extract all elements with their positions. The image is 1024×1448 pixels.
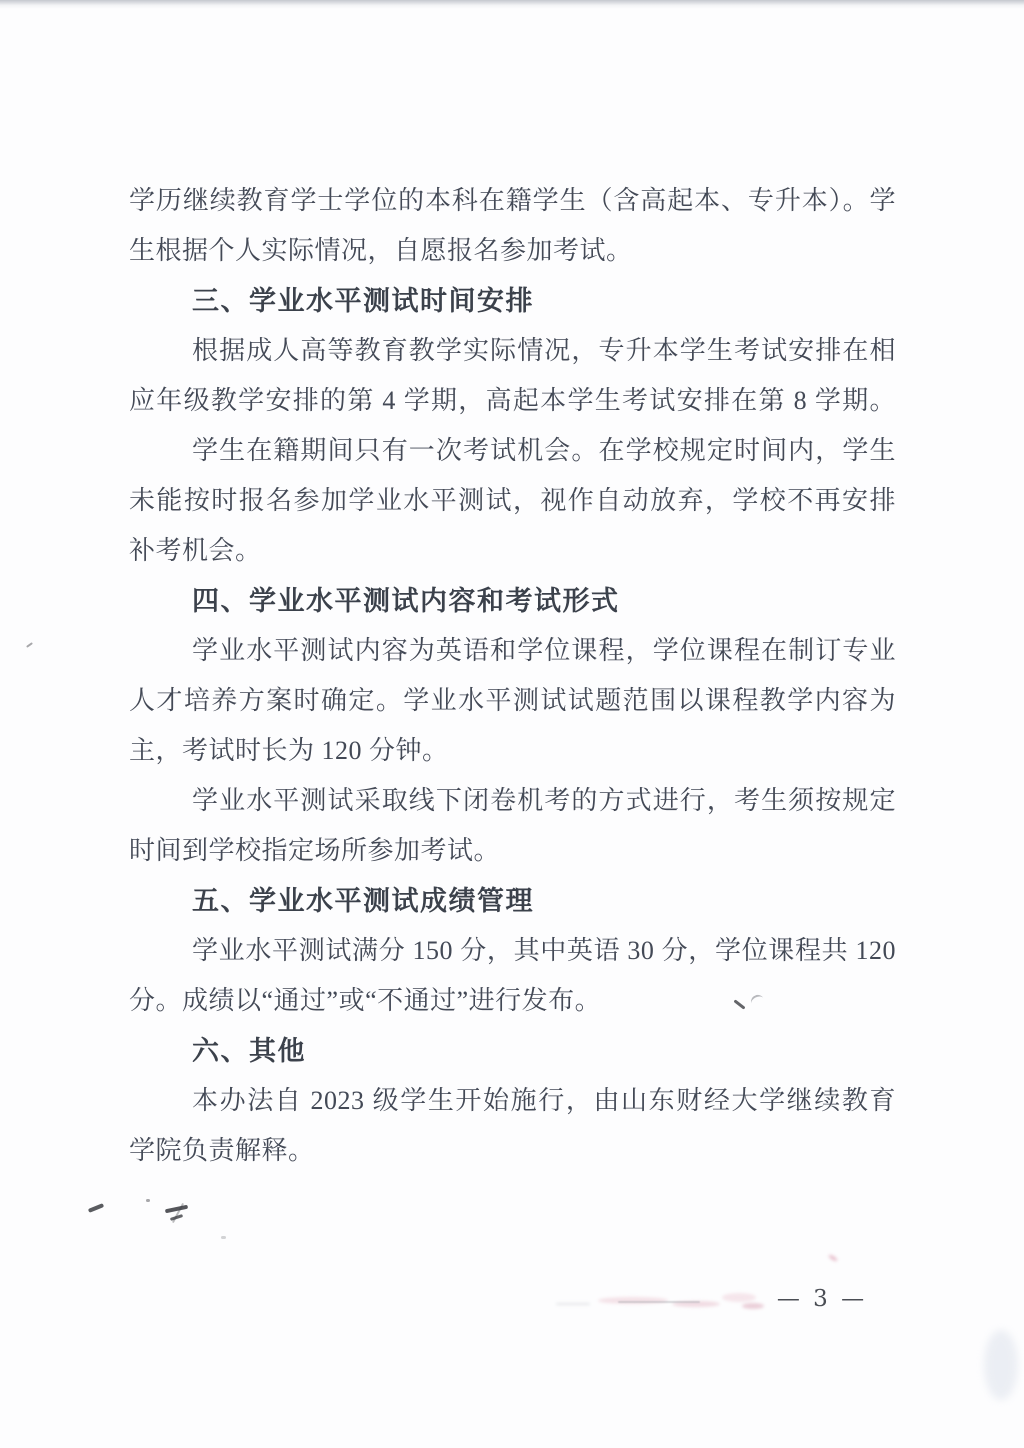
text-line: 本办法自 2023 级学生开始施行，由山东财经大学继续教育 xyxy=(129,1076,896,1126)
ink-mark xyxy=(221,1236,226,1239)
section-heading: 六、其他 xyxy=(129,1026,896,1076)
document-body: 学历继续教育学士学位的本科在籍学生（含高起本、专升本）。学生根据个人实际情况，自… xyxy=(129,176,896,1176)
text-line: 根据成人高等教育教学实际情况，专升本学生考试安排在相 xyxy=(129,326,896,376)
page-number: — 3 — xyxy=(762,1282,882,1316)
text-line: 人才培养方案时确定。学业水平测试试题范围以课程教学内容为 xyxy=(129,676,896,726)
section-heading: 五、学业水平测试成绩管理 xyxy=(129,876,896,926)
text-line: 学生在籍期间只有一次考试机会。在学校规定时间内，学生 xyxy=(129,426,896,476)
scan-smudge xyxy=(742,1303,764,1309)
text-line: 未能按时报名参加学业水平测试，视作自动放弃，学校不再安排 xyxy=(129,476,896,526)
scan-smudge xyxy=(984,1330,1018,1400)
section-heading: 三、学业水平测试时间安排 xyxy=(129,276,896,326)
scan-smudge xyxy=(828,1254,839,1263)
text-line: 学院负责解释。 xyxy=(129,1126,896,1176)
ink-mark xyxy=(26,642,33,648)
text-line: 分。成绩以“通过”或“不通过”进行发布。 xyxy=(129,976,896,1026)
scan-smudge xyxy=(618,1301,700,1303)
scan-edge-shadow xyxy=(0,0,1024,9)
ink-mark xyxy=(88,1203,104,1213)
section-heading: 四、学业水平测试内容和考试形式 xyxy=(129,576,896,626)
scan-smudge xyxy=(556,1303,590,1305)
ink-mark xyxy=(146,1199,150,1202)
text-line: 应年级教学安排的第 4 学期，高起本学生考试安排在第 8 学期。 xyxy=(129,376,896,426)
text-line: 学业水平测试满分 150 分，其中英语 30 分，学位课程共 120 xyxy=(129,926,896,976)
scan-smudge xyxy=(722,1293,756,1302)
scanned-document-page: 学历继续教育学士学位的本科在籍学生（含高起本、专升本）。学生根据个人实际情况，自… xyxy=(0,0,1024,1448)
text-line: 学历继续教育学士学位的本科在籍学生（含高起本、专升本）。学 xyxy=(129,176,896,226)
text-line: 学业水平测试采取线下闭卷机考的方式进行，考生须按规定 xyxy=(129,776,896,826)
text-line: 补考机会。 xyxy=(129,526,896,576)
text-line: 时间到学校指定场所参加考试。 xyxy=(129,826,896,876)
text-line: 生根据个人实际情况，自愿报名参加考试。 xyxy=(129,226,896,276)
text-line: 学业水平测试内容为英语和学位课程，学位课程在制订专业 xyxy=(129,626,896,676)
text-line: 主，考试时长为 120 分钟。 xyxy=(129,726,896,776)
